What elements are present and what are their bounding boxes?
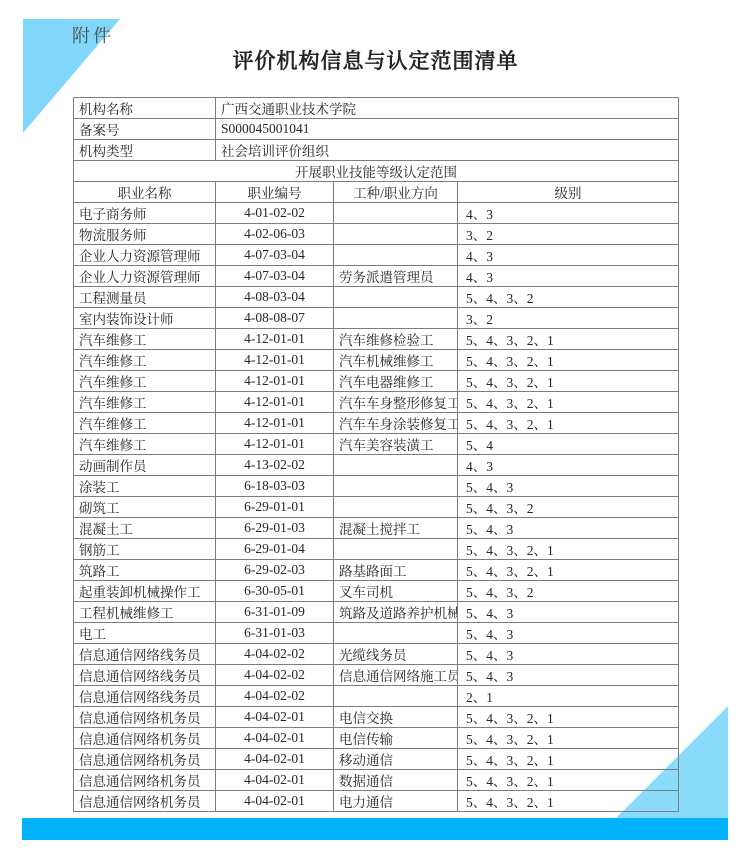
job-direction-cell: 电信传输 <box>334 728 458 749</box>
occupation-name-cell: 物流服务师 <box>74 224 216 245</box>
job-direction-cell: 移动通信 <box>334 749 458 770</box>
table-row: 筑路工6-29-02-03路基路面工5、4、3、2、1 <box>74 560 679 581</box>
occupation-name-cell: 信息通信网络线务员 <box>74 686 216 707</box>
occupation-name-cell: 电工 <box>74 623 216 644</box>
job-direction-cell <box>334 245 458 266</box>
occupation-name-cell: 信息通信网络机务员 <box>74 770 216 791</box>
occupation-code-cell: 4-04-02-02 <box>216 686 334 707</box>
section-header: 开展职业技能等级认定范围 <box>74 161 679 182</box>
occupation-name-cell: 砌筑工 <box>74 497 216 518</box>
occupation-name-cell: 混凝土工 <box>74 518 216 539</box>
occupation-name-cell: 信息通信网络机务员 <box>74 707 216 728</box>
table-row: 动画制作员4-13-02-024、3 <box>74 455 679 476</box>
record-number-value: S000045001041 <box>216 119 679 140</box>
table-row: 信息通信网络线务员4-04-02-02信息通信网络施工员5、4、3 <box>74 665 679 686</box>
section-header-row: 开展职业技能等级认定范围 <box>74 161 679 182</box>
occupation-code-cell: 4-12-01-01 <box>216 329 334 350</box>
job-direction-cell: 汽车电器维修工 <box>334 371 458 392</box>
occupation-code-cell: 4-04-02-01 <box>216 749 334 770</box>
occupation-code-cell: 4-12-01-01 <box>216 413 334 434</box>
table-row: 汽车维修工4-12-01-01汽车机械维修工5、4、3、2、1 <box>74 350 679 371</box>
info-label: 机构类型 <box>74 140 216 161</box>
level-cell: 5、4、3 <box>458 665 679 686</box>
occupation-code-cell: 6-31-01-09 <box>216 602 334 623</box>
occupation-name-cell: 汽车维修工 <box>74 392 216 413</box>
info-row-record-number: 备案号 S000045001041 <box>74 119 679 140</box>
table-row: 工程机械维修工6-31-01-09筑路及道路养护机械5、4、3 <box>74 602 679 623</box>
occupation-name-cell: 筑路工 <box>74 560 216 581</box>
occupation-code-cell: 4-12-01-01 <box>216 434 334 455</box>
occupation-name-cell: 信息通信网络线务员 <box>74 665 216 686</box>
level-cell: 5、4、3、2、1 <box>458 371 679 392</box>
job-direction-cell: 汽车维修检验工 <box>334 329 458 350</box>
occupation-name-cell: 汽车维修工 <box>74 350 216 371</box>
col-header-job-direction: 工种/职业方向 <box>334 182 458 203</box>
column-header-row: 职业名称 职业编号 工种/职业方向 级别 <box>74 182 679 203</box>
level-cell: 5、4、3、2、1 <box>458 329 679 350</box>
level-cell: 5、4、3、2 <box>458 581 679 602</box>
level-cell: 3、2 <box>458 224 679 245</box>
table-row: 汽车维修工4-12-01-01汽车电器维修工5、4、3、2、1 <box>74 371 679 392</box>
level-cell: 4、3 <box>458 203 679 224</box>
info-label: 备案号 <box>74 119 216 140</box>
table-row: 信息通信网络机务员4-04-02-01电信交换5、4、3、2、1 <box>74 707 679 728</box>
job-direction-cell: 叉车司机 <box>334 581 458 602</box>
occupation-code-cell: 4-12-01-01 <box>216 350 334 371</box>
level-cell: 4、3 <box>458 455 679 476</box>
occupation-code-cell: 6-30-05-01 <box>216 581 334 602</box>
table-row: 信息通信网络线务员4-04-02-02光缆线务员5、4、3 <box>74 644 679 665</box>
occupation-code-cell: 6-29-02-03 <box>216 560 334 581</box>
level-cell: 5、4、3、2、1 <box>458 350 679 371</box>
job-direction-cell <box>334 497 458 518</box>
occupation-name-cell: 汽车维修工 <box>74 434 216 455</box>
occupation-name-cell: 动画制作员 <box>74 455 216 476</box>
job-direction-cell: 路基路面工 <box>334 560 458 581</box>
table-row: 信息通信网络机务员4-04-02-01电信传输5、4、3、2、1 <box>74 728 679 749</box>
job-direction-cell: 劳务派遣管理员 <box>334 266 458 287</box>
occupation-code-cell: 4-02-06-03 <box>216 224 334 245</box>
level-cell: 5、4、3、2、1 <box>458 728 679 749</box>
table-row: 信息通信网络线务员4-04-02-022、1 <box>74 686 679 707</box>
occupation-name-cell: 工程机械维修工 <box>74 602 216 623</box>
level-cell: 5、4、3、2、1 <box>458 749 679 770</box>
info-row-org-type: 机构类型 社会培训评价组织 <box>74 140 679 161</box>
col-header-occupation-name: 职业名称 <box>74 182 216 203</box>
table-row: 企业人力资源管理师4-07-03-044、3 <box>74 245 679 266</box>
job-direction-cell <box>334 308 458 329</box>
level-cell: 5、4、3、2、1 <box>458 770 679 791</box>
occupation-name-cell: 企业人力资源管理师 <box>74 266 216 287</box>
bottom-accent-bar <box>22 818 728 840</box>
table-row: 汽车维修工4-12-01-01汽车车身整形修复工5、4、3、2、1 <box>74 392 679 413</box>
job-direction-cell: 电力通信 <box>334 791 458 812</box>
table-row: 工程测量员4-08-03-045、4、3、2 <box>74 287 679 308</box>
occupation-code-cell: 4-12-01-01 <box>216 371 334 392</box>
occupation-code-cell: 4-08-08-07 <box>216 308 334 329</box>
job-direction-cell: 电信交换 <box>334 707 458 728</box>
occupation-code-cell: 4-13-02-02 <box>216 455 334 476</box>
table-row: 混凝土工6-29-01-03混凝土搅拌工5、4、3 <box>74 518 679 539</box>
occupation-name-cell: 汽车维修工 <box>74 371 216 392</box>
table-row: 砌筑工6-29-01-015、4、3、2 <box>74 497 679 518</box>
table-row: 汽车维修工4-12-01-01汽车美容装潢工5、4 <box>74 434 679 455</box>
occupation-code-cell: 4-04-02-01 <box>216 707 334 728</box>
table-row: 物流服务师4-02-06-033、2 <box>74 224 679 245</box>
occupation-code-cell: 4-01-02-02 <box>216 203 334 224</box>
occupation-code-cell: 4-04-02-02 <box>216 665 334 686</box>
occupation-code-cell: 4-04-02-01 <box>216 770 334 791</box>
occupation-name-cell: 汽车维修工 <box>74 413 216 434</box>
table-row: 汽车维修工4-12-01-01汽车车身涂装修复工5、4、3、2、1 <box>74 413 679 434</box>
level-cell: 5、4、3 <box>458 476 679 497</box>
job-direction-cell: 汽车美容装潢工 <box>334 434 458 455</box>
occupation-name-cell: 工程测量员 <box>74 287 216 308</box>
occupation-code-cell: 4-04-02-01 <box>216 791 334 812</box>
occupation-code-cell: 4-04-02-02 <box>216 644 334 665</box>
occupation-code-cell: 4-08-03-04 <box>216 287 334 308</box>
job-direction-cell: 汽车车身整形修复工 <box>334 392 458 413</box>
level-cell: 5、4、3、2、1 <box>458 539 679 560</box>
job-direction-cell <box>334 539 458 560</box>
level-cell: 5、4、3、2、1 <box>458 560 679 581</box>
table-row: 信息通信网络机务员4-04-02-01数据通信5、4、3、2、1 <box>74 770 679 791</box>
job-direction-cell: 数据通信 <box>334 770 458 791</box>
occupation-code-cell: 4-04-02-01 <box>216 728 334 749</box>
table-row: 汽车维修工4-12-01-01汽车维修检验工5、4、3、2、1 <box>74 329 679 350</box>
level-cell: 5、4、3、2、1 <box>458 791 679 812</box>
occupation-code-cell: 4-07-03-04 <box>216 266 334 287</box>
page-title: 评价机构信息与认定范围清单 <box>73 45 678 75</box>
info-row-org-name: 机构名称 广西交通职业技术学院 <box>74 98 679 119</box>
level-cell: 5、4 <box>458 434 679 455</box>
level-cell: 4、3 <box>458 245 679 266</box>
job-direction-cell <box>334 623 458 644</box>
level-cell: 3、2 <box>458 308 679 329</box>
occupation-code-cell: 6-31-01-03 <box>216 623 334 644</box>
level-cell: 5、4、3 <box>458 602 679 623</box>
job-direction-cell <box>334 455 458 476</box>
info-label: 机构名称 <box>74 98 216 119</box>
occupation-code-cell: 6-29-01-04 <box>216 539 334 560</box>
org-type-value: 社会培训评价组织 <box>216 140 679 161</box>
table-row: 室内装饰设计师4-08-08-073、2 <box>74 308 679 329</box>
table-row: 电工6-31-01-035、4、3 <box>74 623 679 644</box>
level-cell: 5、4、3、2、1 <box>458 392 679 413</box>
job-direction-cell: 汽车车身涂装修复工 <box>334 413 458 434</box>
table-row: 信息通信网络机务员4-04-02-01移动通信5、4、3、2、1 <box>74 749 679 770</box>
occupation-name-cell: 信息通信网络机务员 <box>74 791 216 812</box>
occupation-name-cell: 涂装工 <box>74 476 216 497</box>
col-header-occupation-code: 职业编号 <box>216 182 334 203</box>
level-cell: 5、4、3、2、1 <box>458 413 679 434</box>
job-direction-cell <box>334 686 458 707</box>
occupation-name-cell: 钢筋工 <box>74 539 216 560</box>
job-direction-cell: 混凝土搅拌工 <box>334 518 458 539</box>
level-cell: 2、1 <box>458 686 679 707</box>
level-cell: 5、4、3 <box>458 644 679 665</box>
job-direction-cell: 信息通信网络施工员 <box>334 665 458 686</box>
table-row: 企业人力资源管理师4-07-03-04劳务派遣管理员4、3 <box>74 266 679 287</box>
table-row: 涂装工6-18-03-035、4、3 <box>74 476 679 497</box>
job-direction-cell: 汽车机械维修工 <box>334 350 458 371</box>
job-direction-cell: 光缆线务员 <box>334 644 458 665</box>
occupation-name-cell: 信息通信网络机务员 <box>74 749 216 770</box>
job-direction-cell <box>334 224 458 245</box>
table-row: 电子商务师4-01-02-024、3 <box>74 203 679 224</box>
occupation-code-cell: 6-29-01-01 <box>216 497 334 518</box>
level-cell: 4、3 <box>458 266 679 287</box>
occupation-code-cell: 6-18-03-03 <box>216 476 334 497</box>
level-cell: 5、4、3、2、1 <box>458 707 679 728</box>
occupation-code-cell: 4-12-01-01 <box>216 392 334 413</box>
scanned-document-page: { "page": { "attachment_label": "附件", "t… <box>0 0 752 861</box>
col-header-level: 级别 <box>458 182 679 203</box>
occupation-name-cell: 信息通信网络机务员 <box>74 728 216 749</box>
occupation-name-cell: 室内装饰设计师 <box>74 308 216 329</box>
job-direction-cell <box>334 203 458 224</box>
level-cell: 5、4、3 <box>458 623 679 644</box>
job-direction-cell: 筑路及道路养护机械 <box>334 602 458 623</box>
org-name-value: 广西交通职业技术学院 <box>216 98 679 119</box>
table-row: 钢筋工6-29-01-045、4、3、2、1 <box>74 539 679 560</box>
table-row: 起重装卸机械操作工6-30-05-01叉车司机5、4、3、2 <box>74 581 679 602</box>
occupation-code-cell: 6-29-01-03 <box>216 518 334 539</box>
occupation-name-cell: 电子商务师 <box>74 203 216 224</box>
certification-scope-table: 机构名称 广西交通职业技术学院 备案号 S000045001041 机构类型 社… <box>73 97 679 812</box>
level-cell: 5、4、3、2 <box>458 497 679 518</box>
table-row: 信息通信网络机务员4-04-02-01电力通信5、4、3、2、1 <box>74 791 679 812</box>
job-direction-cell <box>334 476 458 497</box>
occupation-name-cell: 起重装卸机械操作工 <box>74 581 216 602</box>
occupation-name-cell: 信息通信网络线务员 <box>74 644 216 665</box>
occupation-name-cell: 汽车维修工 <box>74 329 216 350</box>
occupation-name-cell: 企业人力资源管理师 <box>74 245 216 266</box>
level-cell: 5、4、3 <box>458 518 679 539</box>
level-cell: 5、4、3、2 <box>458 287 679 308</box>
occupation-code-cell: 4-07-03-04 <box>216 245 334 266</box>
job-direction-cell <box>334 287 458 308</box>
